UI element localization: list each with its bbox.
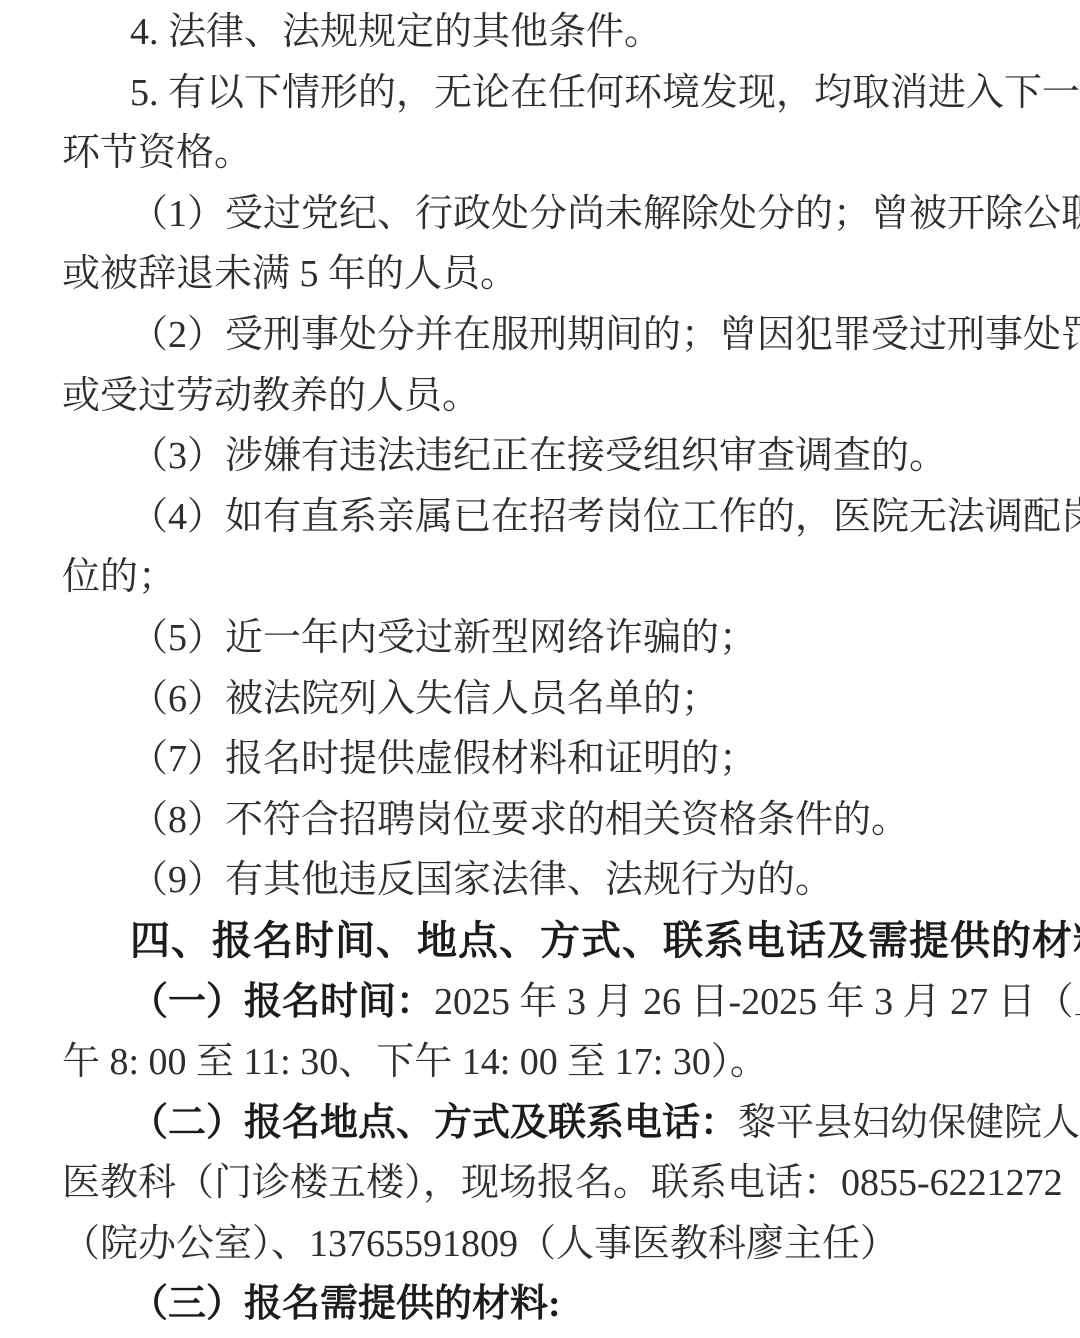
text-segment: 位的； (62, 556, 176, 598)
text-line: 位的； (62, 547, 1050, 608)
text-segment: （三）报名需提供的材料: (130, 1283, 561, 1325)
text-line: 或被辞退未满 5 年的人员。 (62, 244, 1050, 305)
text-line: 或受过劳动教养的人员。 (62, 366, 1050, 427)
text-segment: 午 8: 00 至 11: 30、下午 14: 00 至 17: 30）。 (62, 1041, 768, 1083)
text-line: （一）报名时间：2025 年 3 月 26 日-2025 年 3 月 27 日（… (62, 972, 1050, 1033)
text-line: 5. 有以下情形的，无论在任何环境发现，均取消进入下一 (62, 63, 1050, 124)
text-line: 午 8: 00 至 11: 30、下午 14: 00 至 17: 30）。 (62, 1032, 1050, 1093)
document-body: 4. 法律、法规规定的其他条件。5. 有以下情形的，无论在任何环境发现，均取消进… (0, 0, 1080, 1335)
text-line: 4. 法律、法规规定的其他条件。 (62, 2, 1050, 63)
text-segment: 环节资格。 (62, 132, 252, 174)
text-segment: （一）报名时间： (130, 981, 434, 1023)
text-line: 医教科（门诊楼五楼），现场报名。联系电话：0855-6221272 (62, 1153, 1050, 1214)
text-segment: （9）有其他违反国家法律、法规行为的。 (130, 859, 833, 901)
text-line: （2）受刑事处分并在服刑期间的；曾因犯罪受过刑事处罚 (62, 305, 1050, 366)
text-segment: （5）近一年内受过新型网络诈骗的； (130, 617, 757, 659)
text-segment: （二）报名地点、方式及联系电话： (130, 1102, 738, 1144)
text-segment: 黎平县妇幼保健院人事 (738, 1102, 1080, 1144)
text-segment: （8）不符合招聘岗位要求的相关资格条件的。 (130, 799, 909, 841)
text-segment: （6）被法院列入失信人员名单的； (130, 678, 719, 720)
text-segment: （院办公室）、13765591809（人事医教科廖主任） (62, 1223, 898, 1265)
text-line: （5）近一年内受过新型网络诈骗的； (62, 608, 1050, 669)
text-segment: （3）涉嫌有违法违纪正在接受组织审查调查的。 (130, 435, 947, 477)
text-line: （6）被法院列入失信人员名单的； (62, 669, 1050, 730)
text-segment: 或被辞退未满 5 年的人员。 (62, 253, 518, 295)
text-segment: 或受过劳动教养的人员。 (62, 375, 480, 417)
text-segment: 2025 年 3 月 26 日-2025 年 3 月 27 日（上 (434, 981, 1080, 1023)
text-line: 环节资格。 (62, 123, 1050, 184)
text-segment: （2）受刑事处分并在服刑期间的；曾因犯罪受过刑事处罚 (130, 314, 1080, 356)
text-line: （7）报名时提供虚假材料和证明的； (62, 729, 1050, 790)
document-page: 4. 法律、法规规定的其他条件。5. 有以下情形的，无论在任何环境发现，均取消进… (0, 0, 1080, 1338)
text-segment: （7）报名时提供虚假材料和证明的； (130, 738, 757, 780)
section-heading: 四、报名时间、地点、方式、联系电话及需提供的材料 (62, 911, 1050, 972)
text-line: （院办公室）、13765591809（人事医教科廖主任） (62, 1214, 1050, 1275)
text-segment: 医教科（门诊楼五楼），现场报名。联系电话：0855-6221272 (62, 1162, 1063, 1204)
text-line: （三）报名需提供的材料: (62, 1274, 1050, 1335)
text-segment: 4. 法律、法规规定的其他条件。 (130, 11, 662, 53)
text-segment: 5. 有以下情形的，无论在任何环境发现，均取消进入下一 (130, 72, 1080, 114)
text-line: （1）受过党纪、行政处分尚未解除处分的；曾被开除公职 (62, 184, 1050, 245)
text-segment: 四、报名时间、地点、方式、联系电话及需提供的材料 (130, 919, 1080, 963)
text-line: （8）不符合招聘岗位要求的相关资格条件的。 (62, 790, 1050, 851)
text-line: （9）有其他违反国家法律、法规行为的。 (62, 850, 1050, 911)
text-line: （二）报名地点、方式及联系电话：黎平县妇幼保健院人事 (62, 1093, 1050, 1154)
text-line: （3）涉嫌有违法违纪正在接受组织审查调查的。 (62, 426, 1050, 487)
text-segment: （1）受过党纪、行政处分尚未解除处分的；曾被开除公职 (130, 193, 1080, 235)
text-segment: （4）如有直系亲属已在招考岗位工作的，医院无法调配岗 (130, 496, 1080, 538)
text-line: （4）如有直系亲属已在招考岗位工作的，医院无法调配岗 (62, 487, 1050, 548)
